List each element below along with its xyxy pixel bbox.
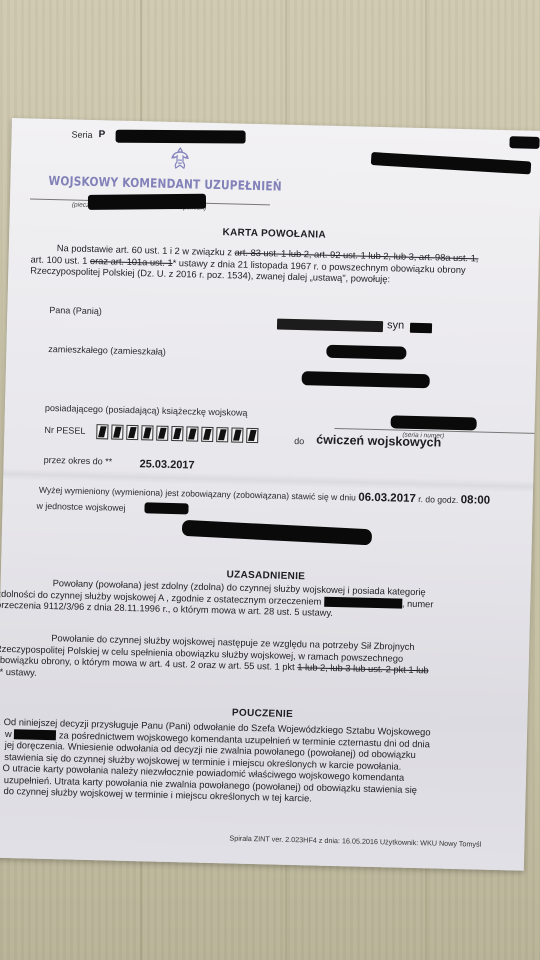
period-end-date: 25.03.2017 <box>139 458 194 471</box>
pesel-digit-box-redacted <box>156 426 168 441</box>
military-booklet-label: posiadającego (posiadającą) książeczkę w… <box>45 403 248 418</box>
report-date: 06.03.2017 <box>358 492 416 505</box>
pesel-digit-box-redacted <box>216 427 228 442</box>
pesel-digit-box-redacted <box>141 426 153 441</box>
redaction-series-number <box>116 130 246 144</box>
unit-label: w jednostce wojskowej <box>36 501 125 513</box>
justification-paragraph-2: Powołanie do czynnej służby wojskowej na… <box>0 632 525 691</box>
justification-p1-line2-end: , numer <box>402 598 434 609</box>
report-time: 08:00 <box>461 494 491 507</box>
pesel-digit-box-redacted <box>246 428 258 443</box>
pan-label: Pana (Panią) <box>49 305 102 316</box>
redaction-full-name <box>277 319 383 333</box>
justification-p2-struck: 1 lub 2, lub 3 lub ust. 2 pkt 1 lub <box>297 662 428 675</box>
legal-basis-paragraph: Na podstawie art. 60 ust. 1 i 2 w związk… <box>30 243 521 289</box>
pesel-digit-box-redacted <box>186 427 198 442</box>
son-of-label: syn <box>387 319 404 331</box>
redaction-residence-line1 <box>326 345 406 360</box>
series-value: P <box>98 129 105 140</box>
series-label: Seria <box>71 129 92 140</box>
redaction-residence-line2 <box>302 371 430 388</box>
legal-basis-struck-2: oraz art. 101a ust. 1 <box>90 255 173 267</box>
report-time-label: r. do godz. <box>418 494 458 505</box>
stamp-text: WOJSKOWY KOMENDANT UZUPEŁNIEŃ <box>48 173 282 194</box>
pesel-boxes <box>96 423 261 445</box>
redaction-unit-number <box>144 502 188 514</box>
pesel-digit-box-redacted <box>231 428 243 443</box>
pesel-digit-box-redacted <box>171 426 183 441</box>
redaction-booklet-number <box>391 415 477 430</box>
document-title: KARTA POWOŁANIA <box>9 222 539 246</box>
to-label: do <box>294 436 304 446</box>
pesel-label: Nr PESEL <box>44 425 85 436</box>
pesel-digit-box-redacted <box>126 425 138 440</box>
period-label: przez okres do ** <box>44 455 113 467</box>
redaction-unit-address <box>182 520 373 546</box>
redaction-stamp-unit <box>88 194 206 210</box>
legal-basis-line2a: art. 100 ust. 1 <box>30 254 87 265</box>
pesel-digit-box-redacted <box>111 425 123 440</box>
report-text: Wyżej wymieniony (wymieniona) jest zobow… <box>39 485 356 503</box>
software-footer: Spirala ZINT ver. 2.023HF4 z dnia: 16.05… <box>229 834 481 849</box>
polish-eagle-icon <box>169 146 192 173</box>
summons-purpose: ćwiczeń wojskowych <box>316 433 441 450</box>
redaction-father-name <box>410 323 432 334</box>
pesel-digit-box-redacted <box>96 424 108 439</box>
instruction-list: 1. Od niniejszej decyzji przysługuje Pan… <box>0 716 523 809</box>
summons-card-document: Seria P WOJSKOWY KOMENDANT UZUPEŁNIEŃ (p… <box>0 118 540 871</box>
redaction-medical-board <box>324 597 402 609</box>
pesel-digit-box-redacted <box>201 427 213 442</box>
instruction-item1-w: w <box>5 728 12 739</box>
residence-label: zamieszkałego (zamieszkałą) <box>48 344 166 357</box>
redaction-top-right <box>509 136 539 149</box>
redaction-header-right <box>371 152 531 174</box>
